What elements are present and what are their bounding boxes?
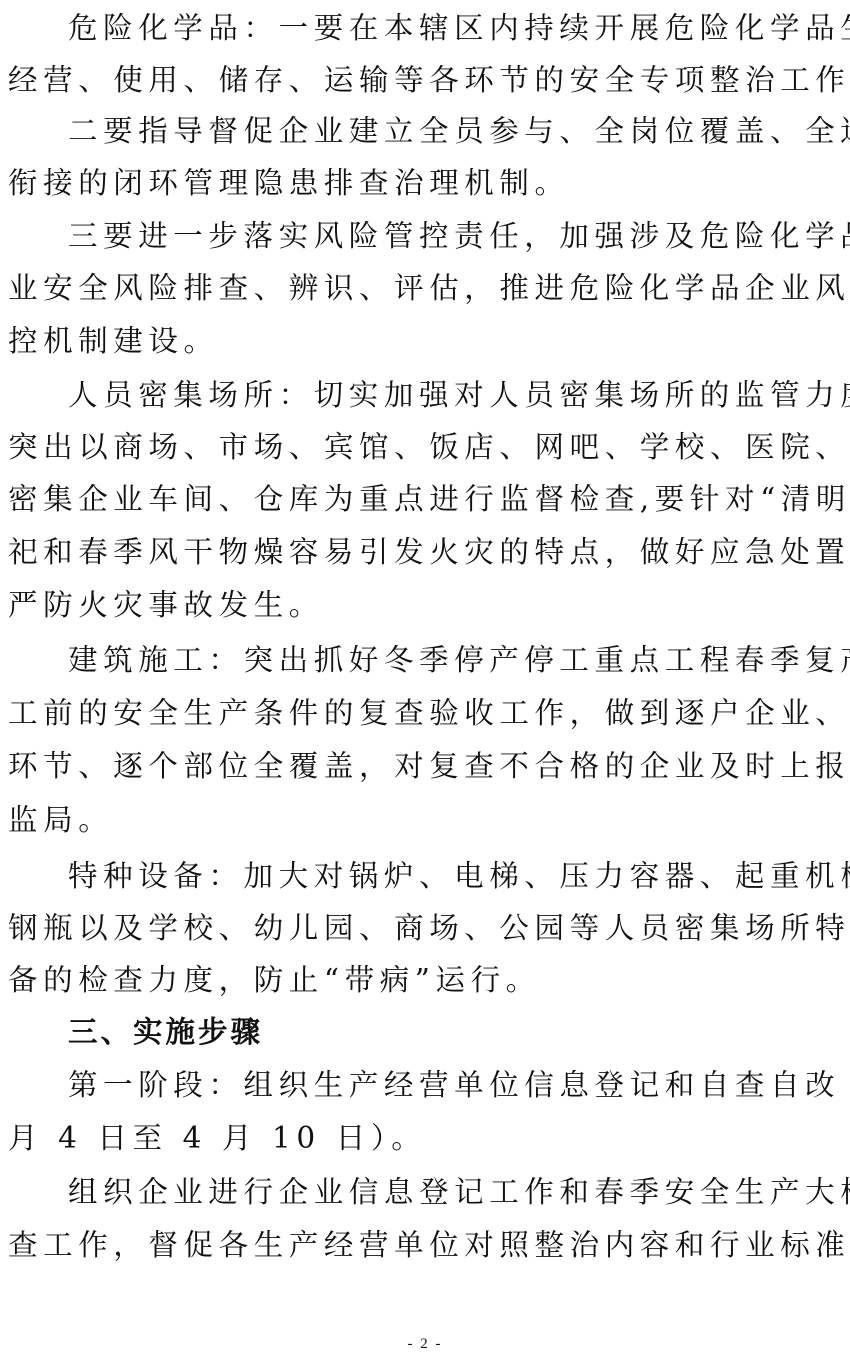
paragraph-line: 特种设备：加大对锅炉、电梯、压力容器、起重机械、 [68, 856, 850, 896]
paragraph-line: 备的检查力度，防止“带病”运行。 [8, 960, 541, 1000]
paragraph-line: 监局。 [8, 800, 113, 840]
section-heading: 三、实施步骤 [68, 1012, 263, 1052]
page-number: - 2 - [0, 1334, 850, 1354]
paragraph-line: 查工作，督促各生产经营单位对照整治内容和行业标准，积 [8, 1225, 850, 1265]
paragraph-line: 组织企业进行企业信息登记工作和春季安全生产大检 [68, 1172, 850, 1212]
paragraph-line: 突出以商场、市场、宾馆、饭店、网吧、学校、医院、劳动 [8, 427, 850, 467]
paragraph-line: 人员密集场所：切实加强对人员密集场所的监管力度， [68, 375, 850, 415]
paragraph-line: 钢瓶以及学校、幼儿园、商场、公园等人员密集场所特种设 [8, 908, 850, 948]
paragraph-line: 严防火灾事故发生。 [8, 585, 324, 625]
paragraph-line: 祀和春季风干物燥容易引发火灾的特点，做好应急处置准备， [8, 532, 850, 572]
paragraph-line: 二要指导督促企业建立全员参与、全岗位覆盖、全过程 [68, 111, 850, 151]
paragraph-line: 工前的安全生产条件的复查验收工作，做到逐户企业、逐个 [8, 693, 850, 733]
paragraph-line: 建筑施工：突出抓好冬季停产停工重点工程春季复产复 [68, 640, 850, 680]
paragraph-line: 月 4 日至 4 月 10 日）。 [8, 1118, 426, 1158]
paragraph-line: 环节、逐个部位全覆盖，对复查不合格的企业及时上报区安 [8, 746, 850, 786]
paragraph-line: 控机制建设。 [8, 321, 219, 361]
paragraph-line: 衔接的闭环管理隐患排查治理机制。 [8, 163, 570, 203]
paragraph-line: 危险化学品：一要在本辖区内持续开展危险化学品生产、 [68, 8, 850, 48]
paragraph-line: 经营、使用、储存、运输等各环节的安全专项整治工作。 [8, 60, 850, 100]
paragraph-line: 密集企业车间、仓库为重点进行监督检查,要针对“清明”祭 [8, 479, 850, 519]
paragraph-line: 业安全风险排查、辨识、评估，推进危险化学品企业风险管 [8, 268, 850, 308]
paragraph-line: 第一阶段：组织生产经营单位信息登记和自查自改（4 [68, 1065, 850, 1105]
document-page: 危险化学品：一要在本辖区内持续开展危险化学品生产、 经营、使用、储存、运输等各环… [0, 0, 850, 1356]
paragraph-line: 三要进一步落实风险管控责任，加强涉及危险化学品企 [68, 216, 850, 256]
